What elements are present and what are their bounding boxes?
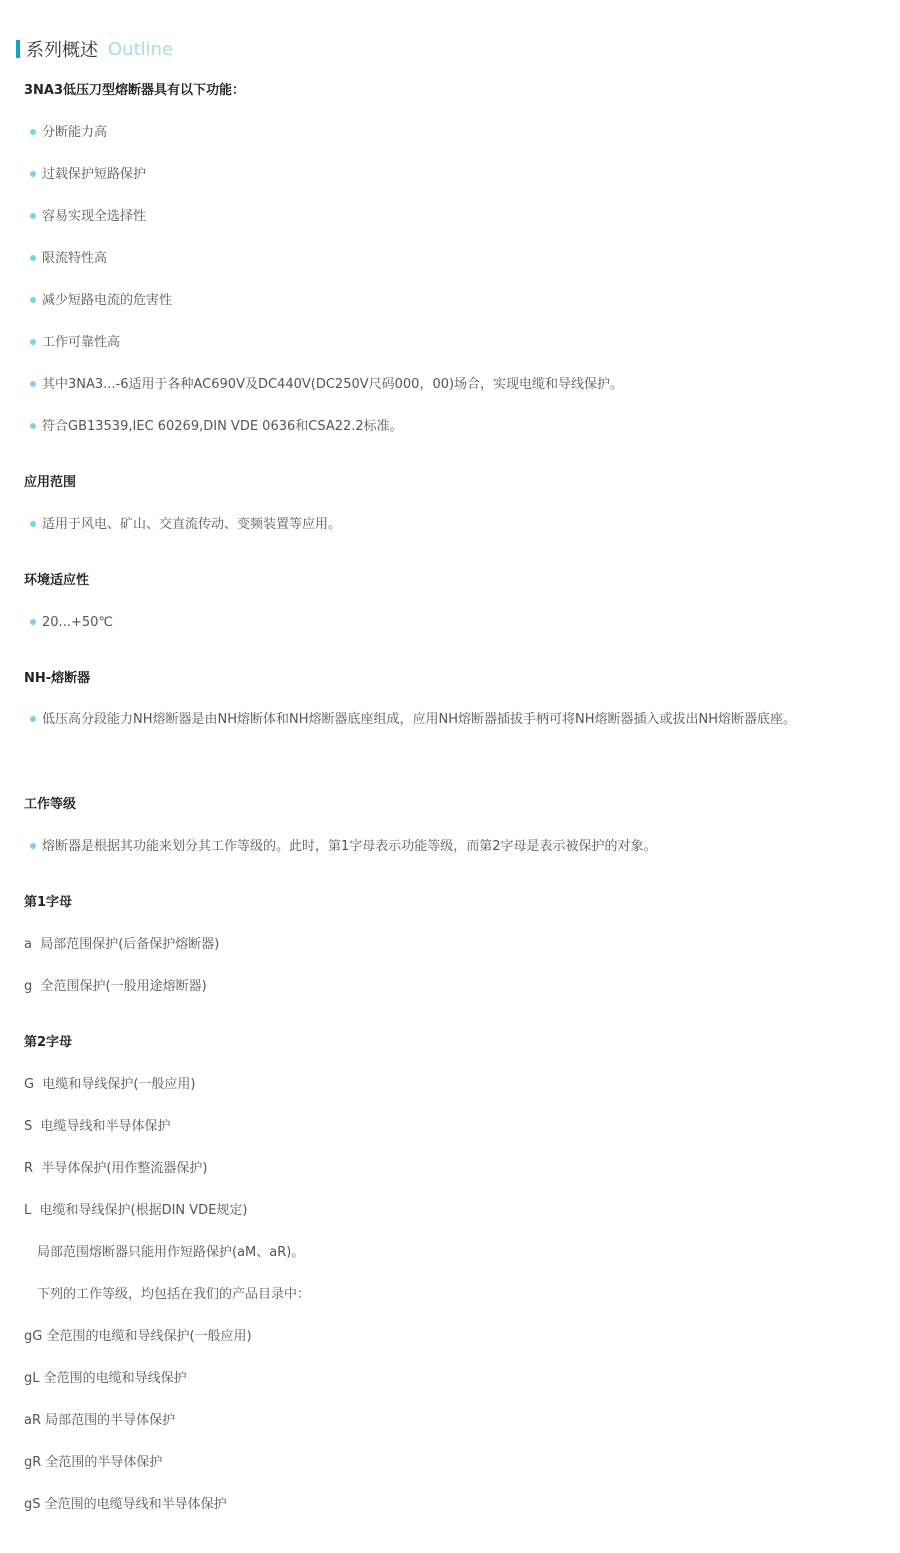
title-chinese: 系列概述 [26, 36, 98, 62]
application-item: 适用于风电、矿山、交直流传动、变频装置等应用。 [24, 517, 341, 533]
bullet-icon [30, 521, 36, 527]
environment-text: 20...+50℃ [42, 615, 113, 630]
work-class-heading: 工作等级 [24, 797, 76, 813]
feature-text: 限流特性高 [42, 251, 107, 266]
first-letter-heading: 第1字母 [24, 895, 72, 911]
note-line: 下列的工作等级，均包括在我们的产品目录中： [37, 1287, 310, 1303]
feature-text: 过载保护短路保护 [42, 167, 146, 182]
feature-item: 减少短路电流的危害性 [24, 293, 172, 309]
letter-desc: 全范围保护(一般用途熔断器) [41, 979, 207, 994]
letter-code: a [24, 937, 32, 952]
feature-item: 限流特性高 [24, 251, 107, 267]
feature-item: 容易实现全选择性 [24, 209, 146, 225]
feature-text: 容易实现全选择性 [42, 209, 146, 224]
application-text: 适用于风电、矿山、交直流传动、变频装置等应用。 [42, 517, 341, 532]
feature-text: 减少短路电流的危害性 [42, 293, 172, 308]
work-class-item: 熔断器是根据其功能来划分其工作等级的。此时，第1字母表示功能等级，而第2字母是表… [24, 839, 657, 855]
feature-item: 其中3NA3...-6适用于各种AC690V及DC440V(DC250V尺码00… [24, 377, 623, 393]
nh-fuse-paragraph: 低压高分段能力NH熔断器是由NH熔断体和NH熔断器底座组成，应用NH熔断器插拔手… [24, 706, 864, 734]
second-letter-item: R 半导体保护(用作整流器保护) [24, 1161, 207, 1177]
second-letter-heading: 第2字母 [24, 1035, 72, 1051]
application-heading: 应用范围 [24, 475, 76, 491]
first-letter-item: a 局部范围保护(后备保护熔断器) [24, 937, 219, 953]
second-letter-item: L 电缆和导线保护(根据DIN VDE规定) [24, 1203, 247, 1219]
environment-heading: 环境适应性 [24, 573, 89, 589]
nh-fuse-text: 低压高分段能力NH熔断器是由NH熔断体和NH熔断器底座组成，应用NH熔断器插拔手… [42, 712, 796, 727]
class-item: gL 全范围的电缆和导线保护 [24, 1371, 187, 1387]
letter-code: L [24, 1203, 31, 1218]
bullet-icon [30, 716, 36, 722]
letter-code: g [24, 979, 32, 994]
bullet-icon [30, 129, 36, 135]
class-item: gR 全范围的半导体保护 [24, 1455, 162, 1471]
environment-item: 20...+50℃ [24, 615, 113, 631]
second-letter-item: S 电缆导线和半导体保护 [24, 1119, 171, 1135]
letter-desc: 电缆和导线保护(根据DIN VDE规定) [40, 1203, 248, 1218]
nh-fuse-heading: NH-熔断器 [24, 671, 90, 687]
feature-text: 分断能力高 [42, 125, 107, 140]
features-heading: 3NA3低压刀型熔断器具有以下功能： [24, 83, 245, 99]
feature-text: 其中3NA3...-6适用于各种AC690V及DC440V(DC250V尺码00… [42, 377, 623, 392]
feature-text: 符合GB13539,IEC 60269,DIN VDE 0636和CSA22.2… [42, 419, 403, 434]
title-accent-bar [16, 40, 20, 58]
letter-desc: 电缆导线和半导体保护 [41, 1119, 171, 1134]
work-class-text: 熔断器是根据其功能来划分其工作等级的。此时，第1字母表示功能等级，而第2字母是表… [42, 839, 657, 854]
bullet-icon [30, 297, 36, 303]
class-item: aR 局部范围的半导体保护 [24, 1413, 175, 1429]
bullet-icon [30, 381, 36, 387]
section-title: 系列概述 Outline [16, 38, 173, 60]
second-letter-item: G 电缆和导线保护(一般应用) [24, 1077, 196, 1093]
bullet-icon [30, 255, 36, 261]
note-line: 局部范围熔断器只能用作短路保护(aM、aR)。 [37, 1245, 304, 1261]
title-english: Outline [108, 39, 173, 60]
letter-desc: 电缆和导线保护(一般应用) [42, 1077, 195, 1092]
feature-text: 工作可靠性高 [42, 335, 120, 350]
feature-item: 符合GB13539,IEC 60269,DIN VDE 0636和CSA22.2… [24, 419, 403, 435]
letter-desc: 半导体保护(用作整流器保护) [41, 1161, 207, 1176]
bullet-icon [30, 619, 36, 625]
bullet-icon [30, 213, 36, 219]
first-letter-item: g 全范围保护(一般用途熔断器) [24, 979, 207, 995]
class-item: gG 全范围的电缆和导线保护(一般应用) [24, 1329, 252, 1345]
letter-code: R [24, 1161, 33, 1176]
feature-item: 过载保护短路保护 [24, 167, 146, 183]
feature-item: 工作可靠性高 [24, 335, 120, 351]
feature-item: 分断能力高 [24, 125, 107, 141]
bullet-icon [30, 339, 36, 345]
letter-code: S [24, 1119, 32, 1134]
bullet-icon [30, 171, 36, 177]
class-item: gS 全范围的电缆导线和半导体保护 [24, 1497, 227, 1513]
letter-desc: 局部范围保护(后备保护熔断器) [40, 937, 219, 952]
bullet-icon [30, 843, 36, 849]
letter-code: G [24, 1077, 34, 1092]
bullet-icon [30, 423, 36, 429]
